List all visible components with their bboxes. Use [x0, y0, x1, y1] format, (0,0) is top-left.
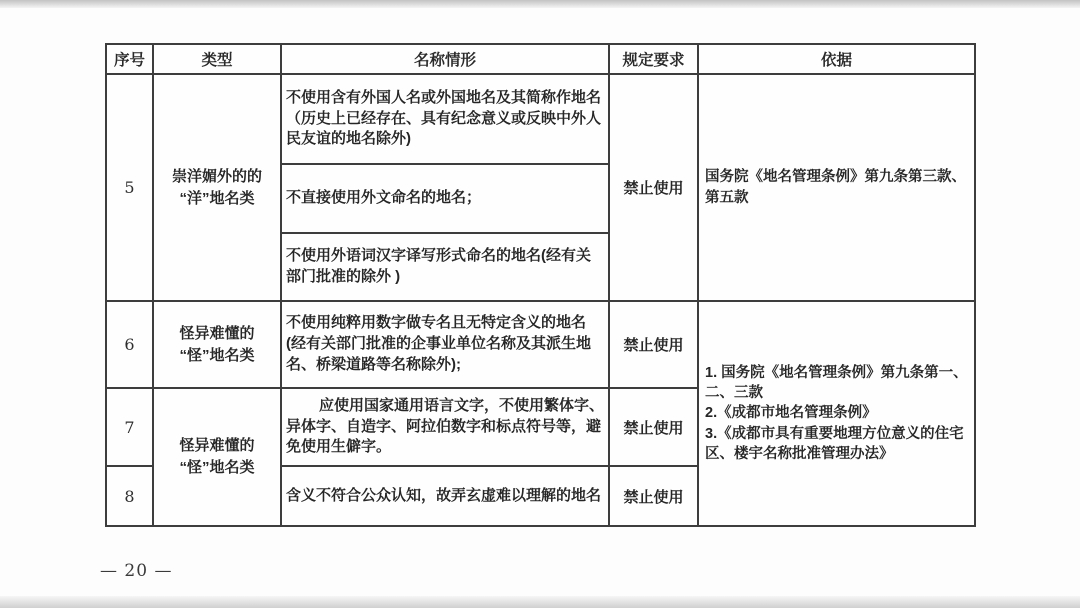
- photo-edge-top: [0, 0, 1080, 8]
- table-row: 6 怪异难懂的 “怪”地名类 不使用纯粹用数字做专名且无特定含义的地名(经有关部…: [106, 301, 975, 388]
- table-row: 5 崇洋媚外的的 “洋”地名类 不使用含有外国人名或外国地名及其简称作地名（历史…: [106, 74, 975, 164]
- row5-situation-1: 不使用含有外国人名或外国地名及其简称作地名（历史上已经存在、具有纪念意义或反映中…: [281, 74, 609, 164]
- page-number: — 20 —: [100, 561, 172, 581]
- table-header-row: 序号 类型 名称情形 规定要求 依据: [106, 44, 975, 74]
- header-situation: 名称情形: [281, 44, 609, 74]
- row7-requirement: 禁止使用: [609, 388, 698, 466]
- row8-situation: 含义不符合公众认知，故弄玄虚难以理解的地名: [281, 466, 609, 526]
- rows6-8-basis: 1. 国务院《地名管理条例》第九条第一、二、三款 2.《成都市地名管理条例》 3…: [698, 301, 975, 526]
- row6-requirement: 禁止使用: [609, 301, 698, 388]
- row5-type-line2: “洋”地名类: [156, 188, 278, 210]
- row5-situation-3: 不使用外语词汉字译写形式命名的地名(经有关部门批准的除外 ): [281, 233, 609, 301]
- basis-line-2: 2.《成都市地名管理条例》: [705, 403, 968, 423]
- rows7-8-type-line1: 怪异难懂的: [156, 435, 278, 457]
- basis-line-3: 3.《成都市具有重要地理方位意义的住宅区、楼宇名称批准管理办法》: [705, 424, 968, 465]
- place-name-regulation-table: 序号 类型 名称情形 规定要求 依据 5 崇洋媚外的的 “洋”地名类 不使用含有…: [105, 43, 976, 527]
- header-requirement: 规定要求: [609, 44, 698, 74]
- photo-edge-bottom: [0, 596, 1080, 608]
- rows7-8-type-line2: “怪”地名类: [156, 457, 278, 479]
- row7-number: 7: [106, 388, 153, 466]
- row8-number: 8: [106, 466, 153, 526]
- rows7-8-type: 怪异难懂的 “怪”地名类: [153, 388, 281, 526]
- row6-type-line2: “怪”地名类: [156, 345, 278, 367]
- row6-situation: 不使用纯粹用数字做专名且无特定含义的地名(经有关部门批准的企事业单位名称及其派生…: [281, 301, 609, 388]
- regulation-table-container: 序号 类型 名称情形 规定要求 依据 5 崇洋媚外的的 “洋”地名类 不使用含有…: [105, 43, 976, 527]
- basis-line-1: 1. 国务院《地名管理条例》第九条第一、二、三款: [705, 363, 968, 404]
- row5-situation-2: 不直接使用外文命名的地名；: [281, 164, 609, 233]
- row6-type-line1: 怪异难懂的: [156, 323, 278, 345]
- row5-basis: 国务院《地名管理条例》第九条第三款、第五款: [698, 74, 975, 301]
- row5-type-line1: 崇洋媚外的的: [156, 166, 278, 188]
- row5-number: 5: [106, 74, 153, 301]
- row8-requirement: 禁止使用: [609, 466, 698, 526]
- row7-situation: 应使用国家通用语言文字，不使用繁体字、异体字、自造字、阿拉伯数字和标点符号等，避…: [281, 388, 609, 466]
- row5-type: 崇洋媚外的的 “洋”地名类: [153, 74, 281, 301]
- header-no: 序号: [106, 44, 153, 74]
- row5-requirement: 禁止使用: [609, 74, 698, 301]
- row6-number: 6: [106, 301, 153, 388]
- header-type: 类型: [153, 44, 281, 74]
- document-page: { "colors": { "border": "#3d3d3d", "text…: [0, 0, 1080, 608]
- row6-type: 怪异难懂的 “怪”地名类: [153, 301, 281, 388]
- header-basis: 依据: [698, 44, 975, 74]
